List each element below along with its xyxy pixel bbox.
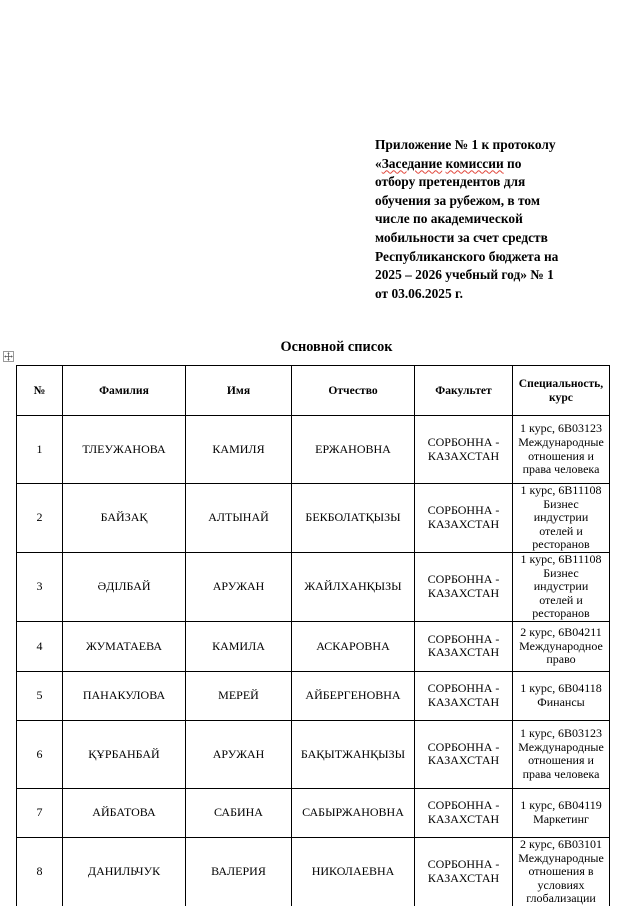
cell-name: КАМИЛЯ	[186, 416, 292, 484]
cell-num: 4	[17, 621, 63, 671]
cell-specialty: 2 курс, 6В04211 Международное право	[513, 621, 610, 671]
four-arrows-move-icon	[4, 352, 13, 361]
cell-name: ВАЛЕРИЯ	[186, 837, 292, 906]
header-num: №	[17, 366, 63, 416]
list-title: Основной список	[0, 339, 619, 356]
cell-surname: БАЙЗАҚ	[63, 484, 186, 553]
cell-surname: ДАНИЛЬЧУК	[63, 837, 186, 906]
cell-name: АРУЖАН	[186, 552, 292, 621]
cell-num: 8	[17, 837, 63, 906]
table-row: 8ДАНИЛЬЧУКВАЛЕРИЯНИКОЛАЕВНАСОРБОННА - КА…	[17, 837, 610, 906]
header-specialty: Специальность, курс	[513, 366, 610, 416]
cell-name: МЕРЕЙ	[186, 671, 292, 720]
cell-patronymic: АЙБЕРГЕНОВНА	[292, 671, 415, 720]
cell-patronymic: БЕКБОЛАТҚЫЗЫ	[292, 484, 415, 553]
cell-surname: ПАНАКУЛОВА	[63, 671, 186, 720]
table-row: 3ӘДІЛБАЙАРУЖАНЖАЙЛХАНҚЫЗЫСОРБОННА - КАЗА…	[17, 552, 610, 621]
cell-num: 6	[17, 720, 63, 788]
annex-line-6: мобильности за счет средств	[375, 229, 615, 248]
annex-line-3: отбору претендентов для	[375, 173, 615, 192]
table-move-handle[interactable]	[3, 351, 14, 362]
table-row: 5ПАНАКУЛОВАМЕРЕЙАЙБЕРГЕНОВНАСОРБОННА - К…	[17, 671, 610, 720]
cell-faculty: СОРБОННА - КАЗАХСТАН	[415, 552, 513, 621]
cell-surname: АЙБАТОВА	[63, 788, 186, 837]
header-name: Имя	[186, 366, 292, 416]
cell-name: АРУЖАН	[186, 720, 292, 788]
annex-heading: Приложение № 1 к протоколу «Заседание ко…	[375, 136, 615, 303]
cell-num: 5	[17, 671, 63, 720]
cell-patronymic: АСКАРОВНА	[292, 621, 415, 671]
cell-name: КАМИЛА	[186, 621, 292, 671]
header-patronymic: Отчество	[292, 366, 415, 416]
annex-line-4: обучения за рубежом, в том	[375, 192, 615, 211]
annex-line-1: Приложение № 1 к протоколу	[375, 136, 615, 155]
header-surname: Фамилия	[63, 366, 186, 416]
cell-specialty: 1 курс, 6В04118 Финансы	[513, 671, 610, 720]
candidate-table: № Фамилия Имя Отчество Факультет Специал…	[16, 365, 610, 906]
table-row: 2БАЙЗАҚАЛТЫНАЙБЕКБОЛАТҚЫЗЫСОРБОННА - КАЗ…	[17, 484, 610, 553]
cell-patronymic: НИКОЛАЕВНА	[292, 837, 415, 906]
cell-num: 1	[17, 416, 63, 484]
cell-faculty: СОРБОННА - КАЗАХСТАН	[415, 416, 513, 484]
header-faculty: Факультет	[415, 366, 513, 416]
cell-surname: ҚҰРБАНБАЙ	[63, 720, 186, 788]
cell-faculty: СОРБОННА - КАЗАХСТАН	[415, 621, 513, 671]
cell-specialty: 1 курс, 6В11108 Бизнес индустрии отелей …	[513, 552, 610, 621]
cell-faculty: СОРБОННА - КАЗАХСТАН	[415, 788, 513, 837]
cell-name: АЛТЫНАЙ	[186, 484, 292, 553]
annex-line-5: числе по академической	[375, 210, 615, 229]
cell-specialty: 1 курс, 6В04119 Маркетинг	[513, 788, 610, 837]
table-row: 6ҚҰРБАНБАЙАРУЖАНБАҚЫТЖАНҚЫЗЫСОРБОННА - К…	[17, 720, 610, 788]
cell-specialty: 1 курс, 6В03123 Международные отношения …	[513, 720, 610, 788]
cell-specialty: 1 курс, 6В03123 Международные отношения …	[513, 416, 610, 484]
table-header-row: № Фамилия Имя Отчество Факультет Специал…	[17, 366, 610, 416]
cell-num: 2	[17, 484, 63, 553]
cell-surname: ӘДІЛБАЙ	[63, 552, 186, 621]
cell-patronymic: САБЫРЖАНОВНА	[292, 788, 415, 837]
cell-surname: ТЛЕУЖАНОВА	[63, 416, 186, 484]
cell-num: 7	[17, 788, 63, 837]
cell-faculty: СОРБОННА - КАЗАХСТАН	[415, 720, 513, 788]
table-row: 1ТЛЕУЖАНОВАКАМИЛЯЕРЖАНОВНАСОРБОННА - КАЗ…	[17, 416, 610, 484]
cell-faculty: СОРБОННА - КАЗАХСТАН	[415, 484, 513, 553]
table-row: 7АЙБАТОВАСАБИНАСАБЫРЖАНОВНАСОРБОННА - КА…	[17, 788, 610, 837]
annex-line-2: «Заседание комиссии по	[375, 155, 615, 174]
spellcheck-flagged-word[interactable]: Заседание	[382, 156, 442, 171]
cell-name: САБИНА	[186, 788, 292, 837]
cell-surname: ЖУМАТАЕВА	[63, 621, 186, 671]
cell-patronymic: БАҚЫТЖАНҚЫЗЫ	[292, 720, 415, 788]
cell-faculty: СОРБОННА - КАЗАХСТАН	[415, 671, 513, 720]
cell-num: 3	[17, 552, 63, 621]
cell-specialty: 1 курс, 6В11108 Бизнес индустрии отелей …	[513, 484, 610, 553]
annex-line-8: 2025 – 2026 учебный год» № 1	[375, 266, 615, 285]
table-row: 4ЖУМАТАЕВАКАМИЛААСКАРОВНАСОРБОННА - КАЗА…	[17, 621, 610, 671]
spellcheck-flagged-word[interactable]: комиссии	[446, 156, 504, 171]
annex-line-7: Республиканского бюджета на	[375, 248, 615, 267]
cell-faculty: СОРБОННА - КАЗАХСТАН	[415, 837, 513, 906]
cell-specialty: 2 курс, 6В03101 Международные отношения …	[513, 837, 610, 906]
annex-line-9: от 03.06.2025 г.	[375, 285, 615, 304]
cell-patronymic: ЖАЙЛХАНҚЫЗЫ	[292, 552, 415, 621]
cell-patronymic: ЕРЖАНОВНА	[292, 416, 415, 484]
